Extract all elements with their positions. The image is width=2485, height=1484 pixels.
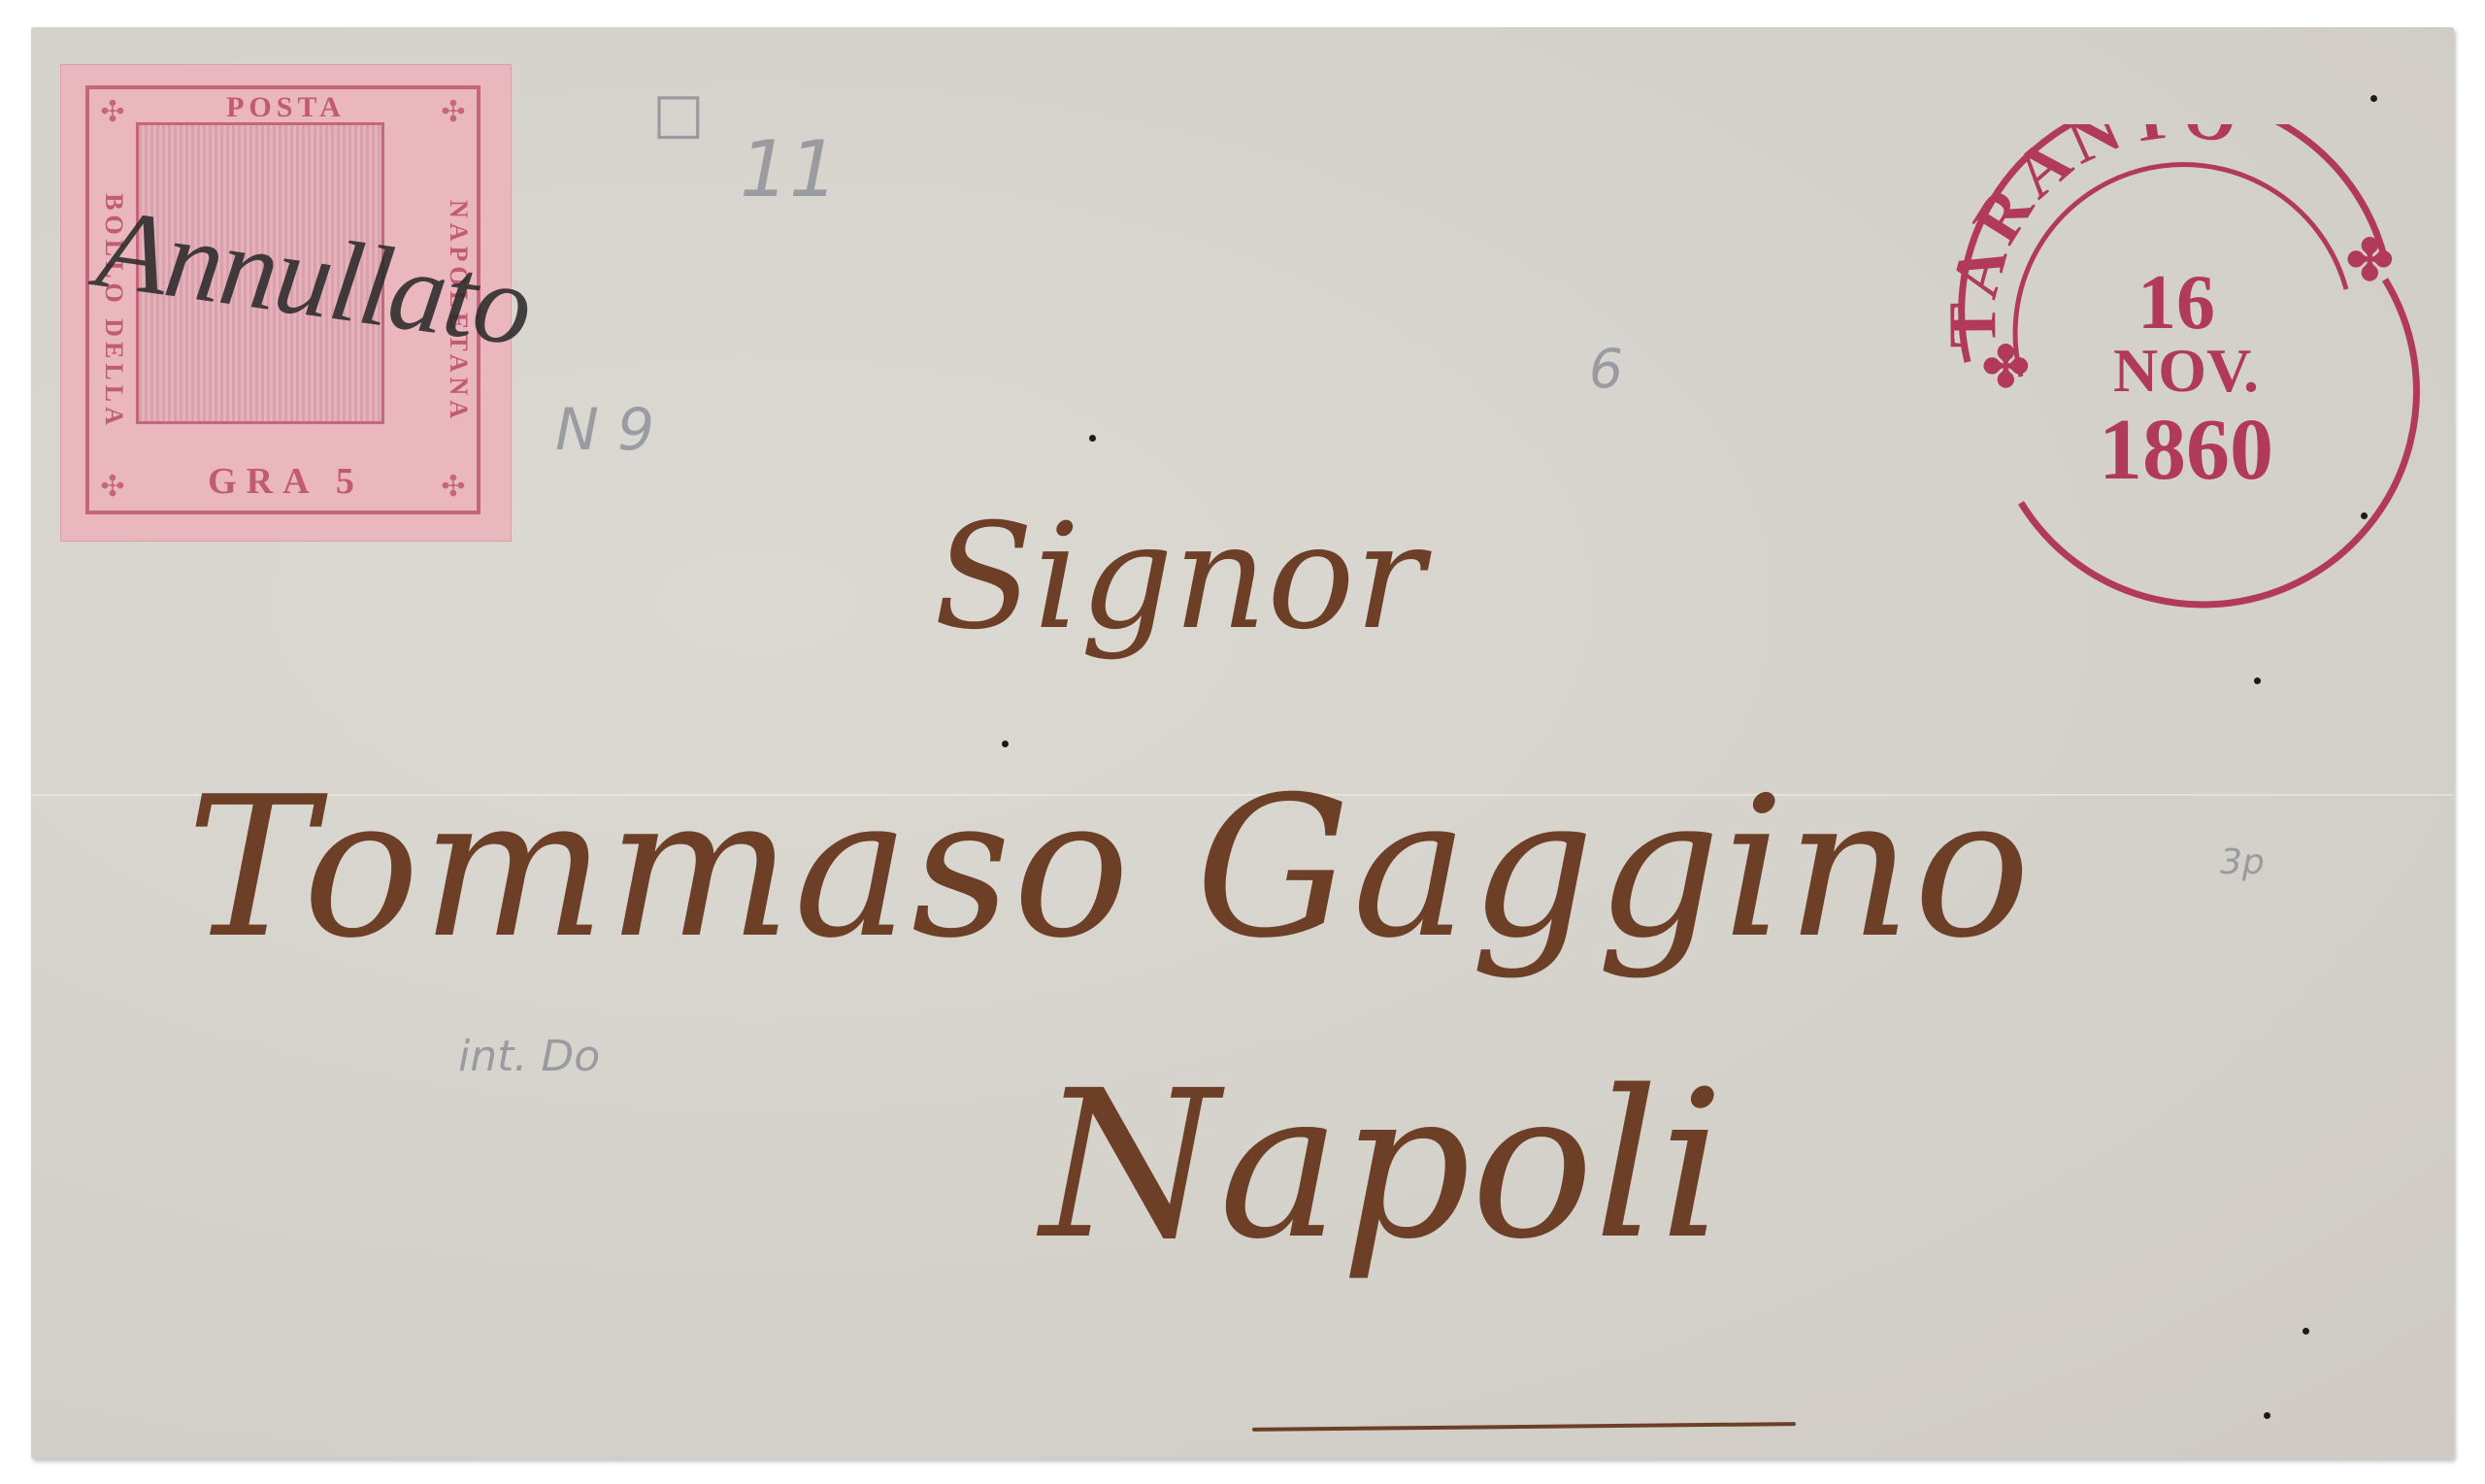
ink-speck: [2264, 1412, 2270, 1419]
ink-speck: [1089, 435, 1096, 442]
ink-speck: [2303, 1328, 2309, 1335]
address-salutation: Signor: [934, 493, 1424, 662]
pencil-catalog-number: 11: [740, 124, 839, 214]
ink-speck: [2370, 95, 2377, 102]
postmark-ornament-icon: ✤: [1982, 336, 2030, 399]
postmark-year: 1860: [2099, 402, 2273, 498]
pencil-right-note: 3p: [2220, 842, 2265, 882]
city-underline: [1252, 1422, 1796, 1432]
postal-cover: POSTA BOLLO DELLA NAPOLETANA ✣ ✣ ✣ ✣ GRA…: [31, 27, 2454, 1459]
taranto-postmark: TARANTO ✤ ✤ 16 NOV. 1860: [1929, 124, 2434, 610]
ink-speck: [2254, 677, 2261, 684]
address-name: Tommaso Gaggino: [186, 755, 2033, 981]
pencil-lower-note: int. Do: [458, 1032, 600, 1081]
postmark-month: NOV.: [2113, 336, 2259, 405]
postmark-ornament-icon: ✤: [2346, 229, 2394, 292]
address-city: Napoli: [1041, 1046, 1724, 1284]
pencil-six-note: 6: [1589, 338, 1623, 400]
postmark-day: 16: [2137, 260, 2215, 346]
pencil-number-note: N 9: [555, 396, 654, 464]
ink-speck: [1002, 741, 1009, 747]
stamp-value-text: GRA 5: [60, 460, 512, 503]
postmark-graphic: TARANTO ✤ ✤ 16 NOV. 1860: [1929, 124, 2434, 610]
ink-speck: [2361, 512, 2368, 519]
pencil-mark: ☐: [652, 85, 705, 153]
stamp-corner-ornament-icon: ✣: [93, 93, 132, 132]
stamp-corner-ornament-icon: ✣: [434, 93, 473, 132]
